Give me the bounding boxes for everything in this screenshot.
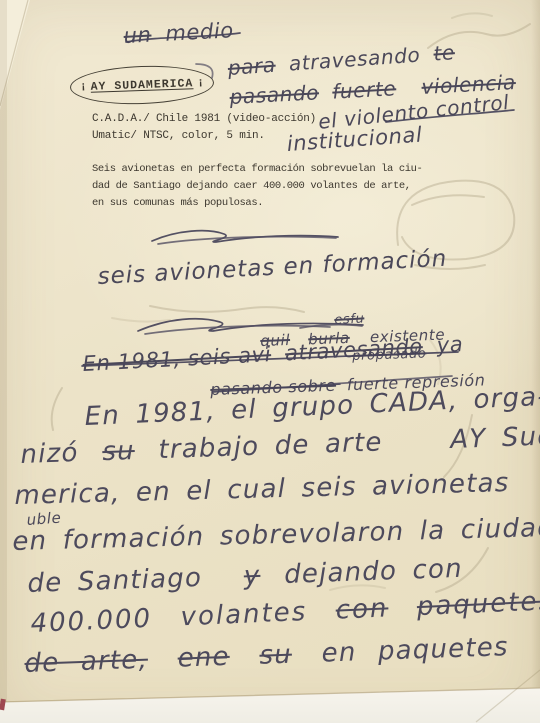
word: su bbox=[259, 640, 292, 671]
handwritten-top-note: un medio bbox=[123, 18, 241, 48]
word: nizó bbox=[20, 438, 79, 470]
handwritten-paragraph-line-7: de arte, ene su en paquetes bbox=[24, 632, 517, 679]
word: de arte, bbox=[24, 645, 148, 679]
handwritten-heading: seis avionetas en formación bbox=[97, 245, 455, 290]
word: fuerte bbox=[332, 76, 397, 103]
word: atravesando bbox=[288, 43, 421, 76]
stamp-close-mark: ¡ bbox=[197, 77, 204, 89]
word: merica, en el cual seis avionetas bbox=[14, 468, 510, 511]
handwritten-tail-note: esfu bbox=[334, 311, 369, 328]
credit-line-1: C.A.D.A./ Chile 1981 (video-acción) bbox=[92, 111, 316, 129]
synopsis-line-1: Seis avionetas en perfecta formación sob… bbox=[92, 161, 422, 178]
scanner-background-strip bbox=[0, 683, 540, 723]
word: paquetes bbox=[416, 586, 540, 622]
word: ya bbox=[436, 332, 464, 357]
handwritten-paragraph-line-3: merica, en el cual seis avionetas bbox=[14, 468, 518, 511]
word: con bbox=[335, 593, 389, 625]
paper-left-edge bbox=[0, 0, 7, 723]
word: En 1981, seis avi bbox=[82, 342, 272, 376]
word: para bbox=[227, 53, 276, 80]
stamp-title: AY SUDAMERICA bbox=[90, 77, 193, 94]
word: de Santiago bbox=[27, 563, 203, 599]
synopsis-line-2: dad de Santiago dejando caer 400.000 vol… bbox=[92, 178, 411, 195]
word: AY Suda bbox=[450, 421, 540, 455]
word: medio bbox=[165, 18, 235, 46]
word: ene bbox=[177, 642, 230, 674]
word: su bbox=[102, 436, 135, 467]
handwritten-paragraph-line-4: en formación sobrevolaron la ciudad bbox=[12, 513, 540, 557]
synopsis-line-3: en sus comunas más populosas. bbox=[92, 195, 263, 212]
scanned-document-page: ¡ AY SUDAMERICA ¡ C.A.D.A./ Chile 1981 (… bbox=[0, 0, 540, 723]
word: en paquetes bbox=[321, 632, 509, 669]
word: seis avionetas en formación bbox=[97, 246, 448, 290]
word: volantes bbox=[180, 597, 308, 632]
word: dejando con bbox=[284, 554, 464, 590]
word: y bbox=[243, 561, 261, 592]
word: trabajo de arte bbox=[158, 427, 383, 465]
word: un bbox=[123, 23, 152, 48]
credit-line-2: Umatic/ NTSC, color, 5 min. bbox=[92, 128, 265, 146]
word: te bbox=[433, 40, 456, 65]
word: pasando bbox=[229, 80, 320, 109]
word: en formación sobrevolaron la ciudad bbox=[12, 513, 540, 557]
word: esfu bbox=[334, 311, 365, 328]
title-stamp-oval: ¡ AY SUDAMERICA ¡ bbox=[69, 63, 214, 106]
stamp-open-mark: ¡ bbox=[80, 81, 87, 93]
word: 400.000 bbox=[30, 604, 153, 639]
